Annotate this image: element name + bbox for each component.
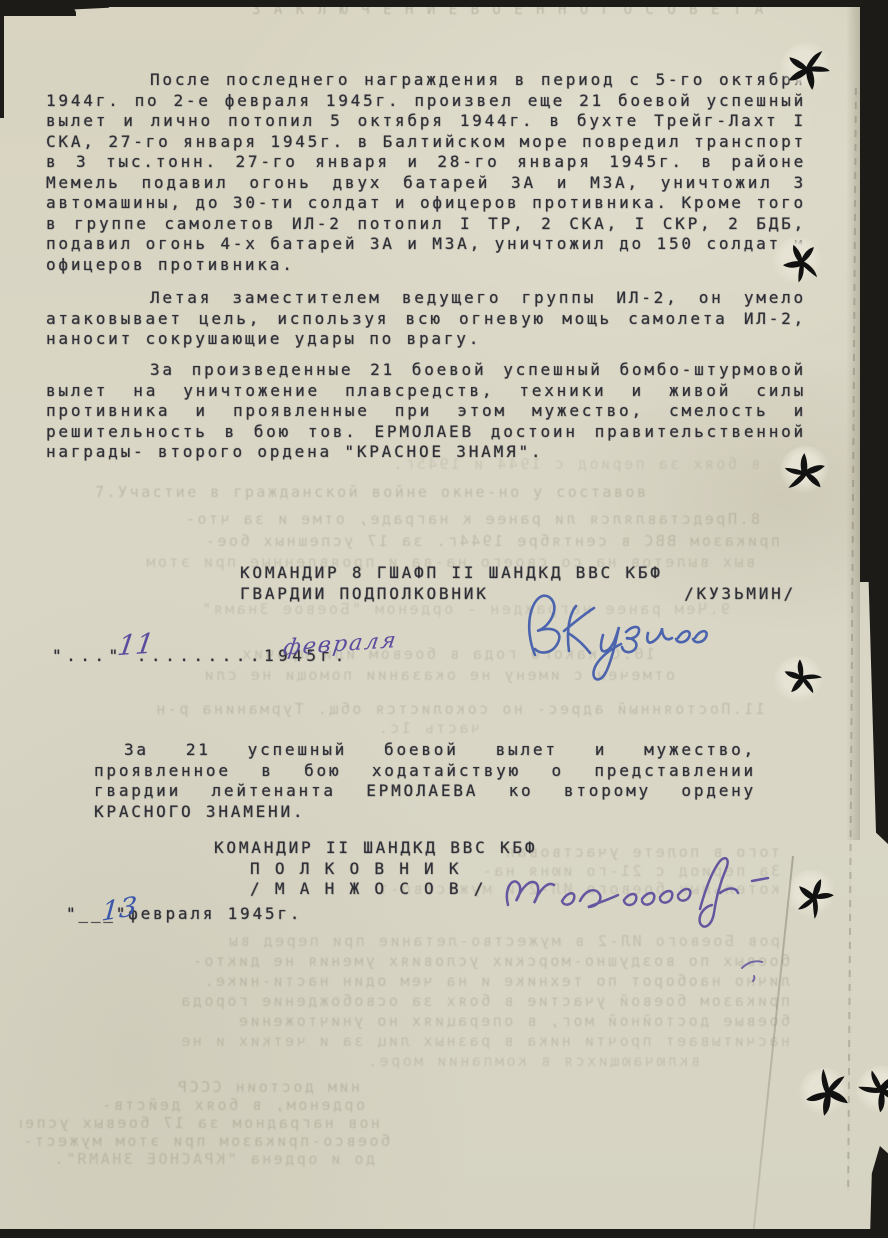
commander-rank: ГВАРДИИ ПОДПОЛКОВНИК: [240, 584, 489, 605]
kuzmin-signature: [505, 575, 720, 690]
pen-stray-mark: [740, 958, 770, 984]
paragraph-flying-skill: Летая заместителем ведущего группы ИЛ-2,…: [46, 288, 806, 350]
bleedthrough-line: нов наградном за 17 боевых успешных: [20, 1114, 380, 1132]
handwritten-day-13: 13: [100, 891, 138, 927]
handwritten-month-february: февраля: [282, 628, 400, 661]
bleedthrough-line: лично наоборот по технике и на чем один …: [70, 972, 790, 990]
bleedthrough-line: боевые достойной мог, в операциях но уни…: [70, 1012, 790, 1030]
document-page: З А К Л Ю Ч Е Н И Е В О Е Н Н О Г О С О …: [0, 0, 888, 1238]
punch-hole: [856, 1066, 888, 1118]
bleedthrough-line: боевсо-приказом при этом мужест-: [20, 1132, 390, 1150]
paragraph-award-worthiness: За произведенные 21 боевой успешный бомб…: [46, 360, 806, 463]
bleedthrough-line: приказом боевой участие в боях за освобо…: [70, 992, 790, 1010]
punch-hole: [780, 43, 832, 95]
manzhosov-signature: [488, 843, 788, 943]
bleedthrough-line: часть 1с.: [180, 719, 480, 737]
scan-edge-right: [860, 0, 888, 582]
bleedthrough-line: боевых по воздушно-морских условиях умен…: [70, 952, 790, 970]
punch-hole: [780, 446, 832, 498]
scan-edge-right: [868, 560, 888, 844]
handwritten-day-11: 11: [115, 627, 156, 662]
punch-hole: [799, 1068, 851, 1120]
date-line-kuzmin: "..." .........1945г. 11 февраля: [52, 646, 472, 686]
punch-hole: [786, 870, 838, 922]
date-line-manzhosov: "___"февраля 1945г. 13: [66, 904, 426, 944]
punch-hole: [773, 237, 825, 289]
scan-edge-left: [0, 0, 4, 118]
bleedthrough-line: 7.Участие в гражданской войне окне-но у …: [95, 483, 725, 501]
paragraph-combat-record: После последнего награждения в период с …: [46, 70, 806, 275]
scan-edge-bottom: [0, 1229, 888, 1238]
scan-edge-right: [870, 1146, 888, 1238]
bleedthrough-line: ним достоин ССCP: [30, 1078, 360, 1096]
scan-edge-top: [0, 0, 888, 7]
bleedthrough-line: орденом, в боях действ-: [25, 1096, 365, 1114]
paragraph-petition: За 21 успешный боевой вылет и мужество, …: [94, 740, 756, 822]
bleedthrough-line: включающихся в компании море.: [100, 1052, 700, 1070]
bleedthrough-line: приказом ВВС в сентябре 1944г. за 17 усп…: [70, 532, 780, 550]
bleedthrough-line: насчитывает прочти ника в разных лиц за …: [70, 1032, 790, 1050]
bleedthrough-line: до и ордена "КРАСНОЕ ЗНАМЯ".: [25, 1150, 375, 1168]
punch-hole: [774, 656, 826, 708]
bleedthrough-line: 11.Постоянный адрес- но соколистся общ. …: [55, 700, 765, 718]
bleedthrough-line: 8.Представлялся ли ранее к награде, отме…: [70, 510, 760, 528]
